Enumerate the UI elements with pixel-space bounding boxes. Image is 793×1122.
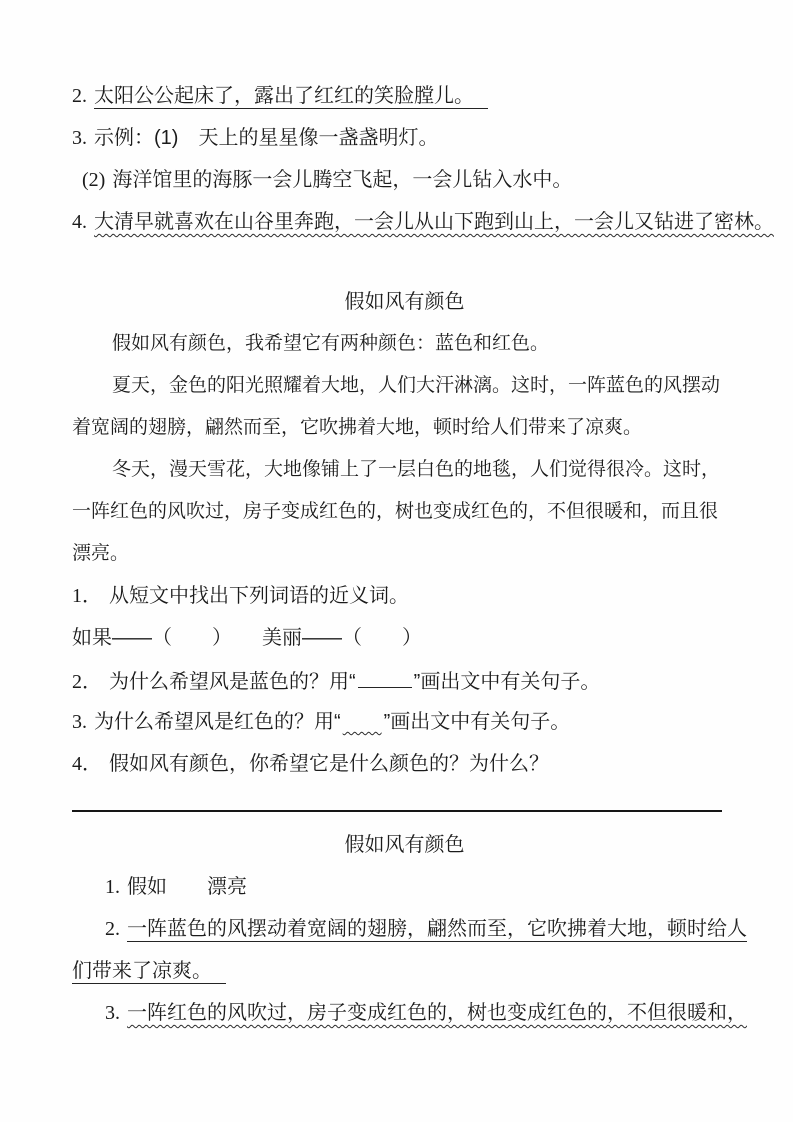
answer-key-3-number: 3. — [105, 1002, 120, 1024]
answer-key-2-line2-underlined: 们带来了凉爽。 — [72, 960, 226, 984]
top-answer-2-text-underlined: 太阳公公起床了，露出了红红的笑脸膛儿。 — [94, 85, 488, 109]
top-answer-3b: (2)海洋馆里的海豚一会儿腾空飞起，一会儿钻入水中。 — [72, 159, 737, 201]
answer-key-2-line1-underlined: 一阵蓝色的风摆动着宽阔的翅膀，翩然而至，它吹拂着大地，顿时给人 — [127, 918, 747, 942]
passage-paragraph2-line2: 着宽阔的翅膀，翩然而至，它吹拂着大地，顿时给人们带来了凉爽。 — [72, 407, 737, 449]
question-2: 2．为什么希望风是蓝色的？用“”画出文中有关句子。 — [72, 659, 737, 701]
answer-key-2-number: 2. — [105, 918, 120, 940]
answer-key-1: 1.假如 漂亮 — [72, 866, 737, 908]
passage-paragraph2-line1: 夏天，金色的阳光照耀着大地，人们大汗淋漓。这时，一阵蓝色的风摆动 — [72, 365, 737, 407]
solid-underline-blank — [358, 659, 412, 688]
question-4-number: 4． — [72, 753, 102, 775]
top-answer-3b-number: (2) — [82, 169, 105, 191]
synonym-fill-in-line: 如果——（ ） 美丽——（ ） — [72, 617, 737, 659]
top-answer-3b-text: 海洋馆里的海豚一会儿腾空飞起，一会儿钻入水中。 — [112, 169, 572, 191]
passage-paragraph3-line2: 一阵红色的风吹过，房子变成红色的，树也变成红色的，不但很暖和，而且很 — [72, 491, 737, 533]
wavy-underline-blank — [343, 701, 382, 743]
answer-key-title: 假如风有颜色 — [72, 824, 737, 866]
answer-key-2-continuation: 们带来了凉爽。 — [72, 950, 737, 992]
passage-paragraph3-line1: 冬天，漫天雪花，大地像铺上了一层白色的地毯，人们觉得很冷。这时， — [72, 449, 737, 491]
question-2-number: 2． — [72, 671, 102, 693]
question-3-number: 3. — [72, 711, 87, 733]
answer-key-3: 3.一阵红色的风吹过，房子变成红色的，树也变成红色的，不但很暖和， — [72, 992, 737, 1034]
answer-key-2: 2.一阵蓝色的风摆动着宽阔的翅膀，翩然而至，它吹拂着大地，顿时给人 — [72, 908, 737, 950]
question-4: 4．假如风有颜色，你希望它是什么颜色的？为什么？ — [72, 743, 737, 785]
top-answer-2-number: 2. — [72, 85, 87, 107]
top-answer-3-text: 示例：(1) 天上的星星像一盏盏明灯。 — [94, 127, 438, 149]
top-answer-3: 3.示例：(1) 天上的星星像一盏盏明灯。 — [72, 117, 737, 159]
answer-key-3-text-wavy-underlined: 一阵红色的风吹过，房子变成红色的，树也变成红色的，不但很暖和， — [127, 1002, 747, 1024]
top-answer-2: 2.太阳公公起床了，露出了红红的笑脸膛儿。 — [72, 75, 737, 117]
question-4-text: 假如风有颜色，你希望它是什么颜色的？为什么？ — [109, 753, 549, 775]
question-1-text: 从短文中找出下列词语的近义词。 — [109, 585, 409, 607]
question-1: 1．从短文中找出下列词语的近义词。 — [72, 575, 737, 617]
top-answer-3-number: 3. — [72, 127, 87, 149]
top-answer-4: 4.大清早就喜欢在山谷里奔跑，一会儿从山下跑到山上，一会儿又钻进了密林。 — [72, 201, 737, 243]
passage-title: 假如风有颜色 — [72, 281, 737, 323]
passage-paragraph3-line3: 漂亮。 — [72, 533, 737, 575]
top-answer-4-number: 4. — [72, 211, 87, 233]
top-answer-4-text-wavy-underlined: 大清早就喜欢在山谷里奔跑，一会儿从山下跑到山上，一会儿又钻进了密林。 — [94, 211, 774, 233]
worksheet-page: 2.太阳公公起床了，露出了红红的笑脸膛儿。 3.示例：(1) 天上的星星像一盏盏… — [0, 0, 793, 1122]
question-3-text-after-blank: ”画出文中有关句子。 — [384, 711, 571, 733]
section-divider — [72, 810, 722, 812]
answer-key-1-number: 1. — [105, 876, 120, 898]
passage-paragraph1-line1: 假如风有颜色，我希望它有两种颜色：蓝色和红色。 — [72, 323, 737, 365]
question-3: 3.为什么希望风是红色的？用“”画出文中有关句子。 — [72, 701, 737, 743]
worksheet-content: 2.太阳公公起床了，露出了红红的笑脸膛儿。 3.示例：(1) 天上的星星像一盏盏… — [0, 75, 793, 1034]
question-3-text-before-blank: 为什么希望风是红色的？用“ — [94, 711, 341, 733]
question-1-number: 1． — [72, 585, 102, 607]
question-2-text-before-blank: 为什么希望风是蓝色的？用“ — [109, 671, 356, 693]
question-2-text-after-blank: ”画出文中有关句子。 — [414, 671, 601, 693]
answer-key-1-text: 假如 漂亮 — [127, 876, 247, 898]
